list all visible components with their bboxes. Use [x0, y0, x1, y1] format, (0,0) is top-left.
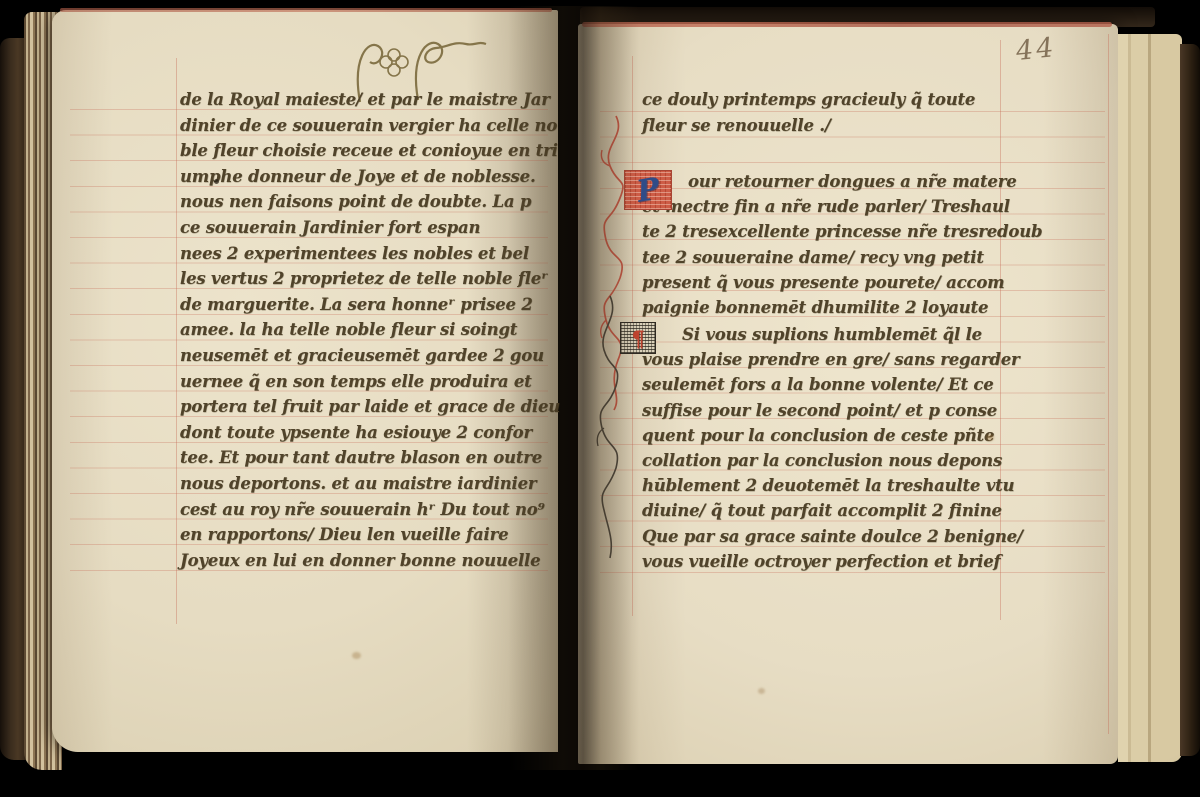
paraph-glyph-icon: ¶	[631, 326, 644, 351]
manuscript-line: dinier de ce souuerain vergier ha celle …	[180, 116, 552, 142]
manuscript-line: neusemēt et gracieusemēt gardee 2 gou	[180, 346, 552, 372]
manuscript-line: et mectre fin a nr̃e rude parler/ Tresha…	[642, 194, 1020, 219]
manuscript-line: fleur se renouuelle ./	[642, 116, 1017, 142]
manuscript-line: en rapportons/ Dieu len vueille faire	[180, 525, 552, 551]
manuscript-line: Si vous suplions humblemēt q̃l le	[642, 322, 1020, 347]
margin-rule-left-page	[176, 58, 177, 624]
red-stained-edge-left	[60, 8, 552, 12]
manuscript-line: diuine/ q̃ tout parfait accomplit 2 fini…	[642, 498, 1020, 523]
fore-edge-page-stack	[1118, 34, 1182, 762]
manuscript-line: tee 2 souueraine dame/ recy vng petit	[642, 245, 1020, 270]
manuscript-line: seulemēt fors a la bonne volente/ Et ce	[642, 372, 1020, 397]
manuscript-line: ce douly printemps gracieuly q̃ toute	[642, 90, 1017, 116]
manuscript-line: les vertus 2 proprietez de telle noble f…	[180, 269, 552, 295]
manuscript-line: portera tel fruit par laide et grace de …	[180, 397, 552, 423]
left-page-text-block: de la Royal maieste/ et par le maistre J…	[180, 90, 552, 576]
manuscript-line: our retourner dongues a nr̃e matere	[642, 169, 1020, 194]
manuscript-line: ble fleur choisie receue et conioyue en …	[180, 141, 552, 167]
right-page-opening-lines: ce douly printemps gracieuly q̃ toute fl…	[642, 90, 1017, 141]
manuscript-line: amee. la ha telle noble fleur si soingt	[180, 320, 552, 346]
folio-number: 44	[1014, 32, 1057, 67]
manuscript-line: quent pour la conclusion de ceste pñte	[642, 423, 1020, 448]
manuscript-line: present q̃ vous presente pourete/ accom	[642, 270, 1020, 295]
manuscript-line: ce souuerain Jardinier fort espan	[180, 218, 552, 244]
manuscript-line: collation par la conclusion nous depons	[642, 448, 1020, 473]
edge-rule-right-page	[1108, 34, 1109, 734]
manuscript-line: de la Royal maieste/ et par le maistre J…	[180, 90, 552, 116]
paraph-mark: ¶	[620, 322, 656, 354]
book-cover-right-edge	[1180, 44, 1200, 756]
manuscript-line: suffise pour le second point/ et p conse	[642, 398, 1020, 423]
manuscript-line: hūblement 2 deuotemēt la treshaulte vtu	[642, 473, 1020, 498]
manuscript-line: paignie bonnemēt dhumilite 2 loyaute	[642, 295, 1020, 320]
manuscript-line: Que par sa grace sainte doulce 2 benigne…	[642, 524, 1020, 549]
illuminated-initial-P: P	[624, 170, 672, 210]
manuscript-line: vous vueille octroyer perfection et brie…	[642, 549, 1020, 574]
manuscript-line: nees 2 experimentees les nobles et bel	[180, 244, 552, 270]
manuscript-line: tee. Et pour tant dautre blason en outre	[180, 448, 552, 474]
manuscript-line: umphe donneur de Joye et de noblesse.	[180, 167, 552, 193]
manuscript-line: uernee q̃ en son temps elle produira et	[180, 372, 552, 398]
manuscript-line: vous plaise prendre en gre/ sans regarde…	[642, 347, 1020, 372]
manuscript-line: te 2 tresexcellente princesse nr̃e tresr…	[642, 219, 1020, 244]
manuscript-line: Joyeux en lui en donner bonne nouuelle	[180, 551, 552, 577]
paragraph-pour-retourner: P our retourner dongues a nr̃e matere et…	[642, 169, 1020, 320]
manuscript-line: nous deportons. et au maistre iardinier	[180, 474, 552, 500]
manuscript-photo: de la Royal maieste/ et par le maistre J…	[0, 0, 1200, 797]
manuscript-line: dont toute ypsente ha esiouye 2 confor	[180, 423, 552, 449]
initial-letter-P: P	[634, 171, 662, 209]
manuscript-line: cest au roy nr̃e souuerain hʳ Du tout no…	[180, 500, 552, 526]
manuscript-line: nous nen faisons point de doubte. La p	[180, 192, 552, 218]
manuscript-line: de marguerite. La sera honneʳ prisee 2	[180, 295, 552, 321]
paragraph-si-vous-suplions: ¶ Si vous suplions humblemēt q̃l le vous…	[642, 322, 1020, 574]
red-stained-edge-right	[582, 22, 1112, 27]
